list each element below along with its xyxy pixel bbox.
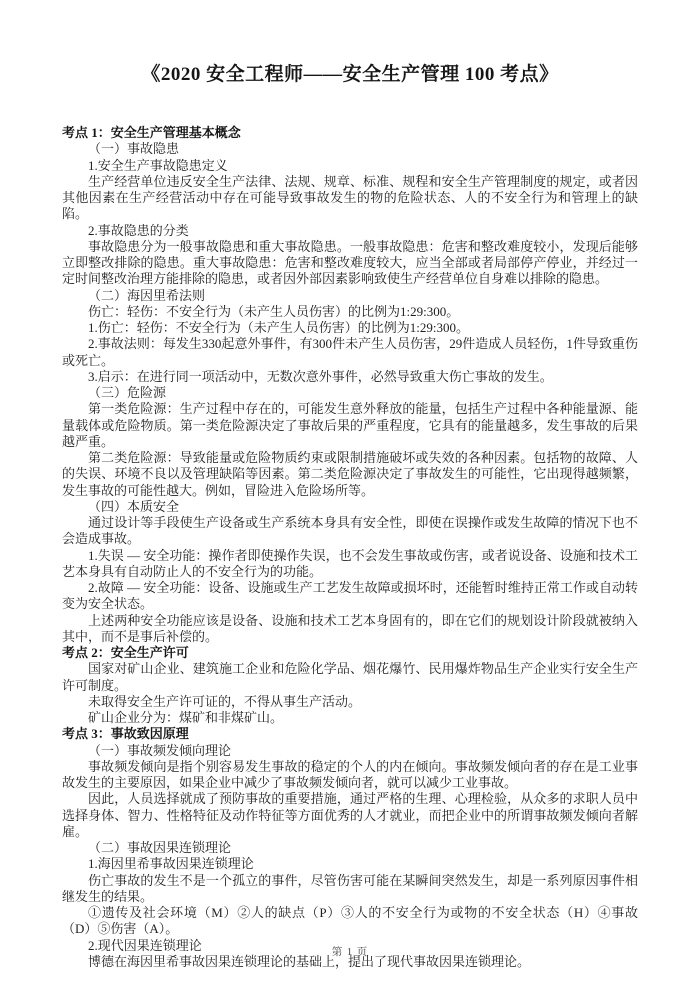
paragraph: （二）事故因果连锁理论 [62, 840, 638, 856]
paragraph: 伤亡事故的发生不是一个孤立的事件，尽管伤害可能在某瞬间突然发生，却是一系列原因事… [62, 873, 638, 906]
paragraph: 第二类危险源：导致能量或危险物质约束或限制措施破坏或失效的各种因素。包括物的故障… [62, 450, 638, 499]
paragraph: 2.事故隐患的分类 [62, 223, 638, 239]
paragraph: 第一类危险源：生产过程中存在的，可能发生意外释放的能量，包括生产过程中各种能量源… [62, 401, 638, 450]
paragraph: 未取得安全生产许可证的，不得从事生产活动。 [62, 694, 638, 710]
document-title: 《2020 安全工程师——安全生产管理 100 考点》 [62, 62, 638, 88]
paragraph: 2.故障 — 安全功能：设备、设施或生产工艺发生故障或损坏时，还能暂时维持正常工… [62, 580, 638, 613]
paragraph: 国家对矿山企业、建筑施工企业和危险化学品、烟花爆竹、民用爆炸物品生产企业实行安全… [62, 661, 638, 694]
topic-heading: 考点 2：安全生产许可 [62, 645, 638, 661]
page-number: 第 1 页 [332, 947, 369, 958]
page-footer: 第 1 页 [0, 942, 700, 960]
document-body: 考点 1：安全生产管理基本概念（一）事故隐患1.安全生产事故隐患定义生产经营单位… [62, 125, 638, 970]
paragraph: （三）危险源 [62, 385, 638, 401]
paragraph: 1.失误 — 安全功能：操作者即使操作失误，也不会发生事故或伤害，或者说设备、设… [62, 548, 638, 581]
paragraph: （二）海因里希法则 [62, 288, 638, 304]
paragraph: 因此，人员选择就成了预防事故的重要措施，通过严格的生理、心理检验，从众多的求职人… [62, 791, 638, 840]
paragraph: 事故频发倾向是指个别容易发生事故的稳定的个人的内在倾向。事故频发倾向者的存在是工… [62, 759, 638, 792]
paragraph: ①遗传及社会环境（M）②人的缺点（P）③人的不安全行为或物的不安全状态（H）④事… [62, 905, 638, 938]
paragraph: 1.海因里希事故因果连锁理论 [62, 856, 638, 872]
topic-heading: 考点 3：事故致因原理 [62, 726, 638, 742]
paragraph: 伤亡：轻伤：不安全行为（未产生人员伤害）的比例为1:29:300。 [62, 304, 638, 320]
paragraph: 矿山企业分为：煤矿和非煤矿山。 [62, 710, 638, 726]
document-page: 《2020 安全工程师——安全生产管理 100 考点》 考点 1：安全生产管理基… [0, 0, 700, 991]
paragraph: 2.事故法则：每发生330起意外事件，有300件未产生人员伤害，29件造成人员轻… [62, 336, 638, 369]
paragraph: 1.安全生产事故隐患定义 [62, 158, 638, 174]
topic-heading: 考点 1：安全生产管理基本概念 [62, 125, 638, 141]
paragraph: 通过设计等手段使生产设备或生产系统本身具有安全性，即使在误操作或发生故障的情况下… [62, 515, 638, 548]
paragraph: 生产经营单位违反安全生产法律、法规、规章、标准、规程和安全生产管理制度的规定，或… [62, 174, 638, 223]
paragraph: 事故隐患分为一般事故隐患和重大事故隐患。一般事故隐患：危害和整改难度较小，发现后… [62, 239, 638, 288]
paragraph: （一）事故隐患 [62, 141, 638, 157]
paragraph: 1.伤亡：轻伤：不安全行为（未产生人员伤害）的比例为1:29:300。 [62, 320, 638, 336]
paragraph: （一）事故频发倾向理论 [62, 743, 638, 759]
paragraph: 3.启示：在进行同一项活动中，无数次意外事件，必然导致重大伤亡事故的发生。 [62, 369, 638, 385]
paragraph: 上述两种安全功能应该是设备、设施和技术工艺本身固有的，即在它们的规划设计阶段就被… [62, 613, 638, 646]
paragraph: （四）本质安全 [62, 499, 638, 515]
